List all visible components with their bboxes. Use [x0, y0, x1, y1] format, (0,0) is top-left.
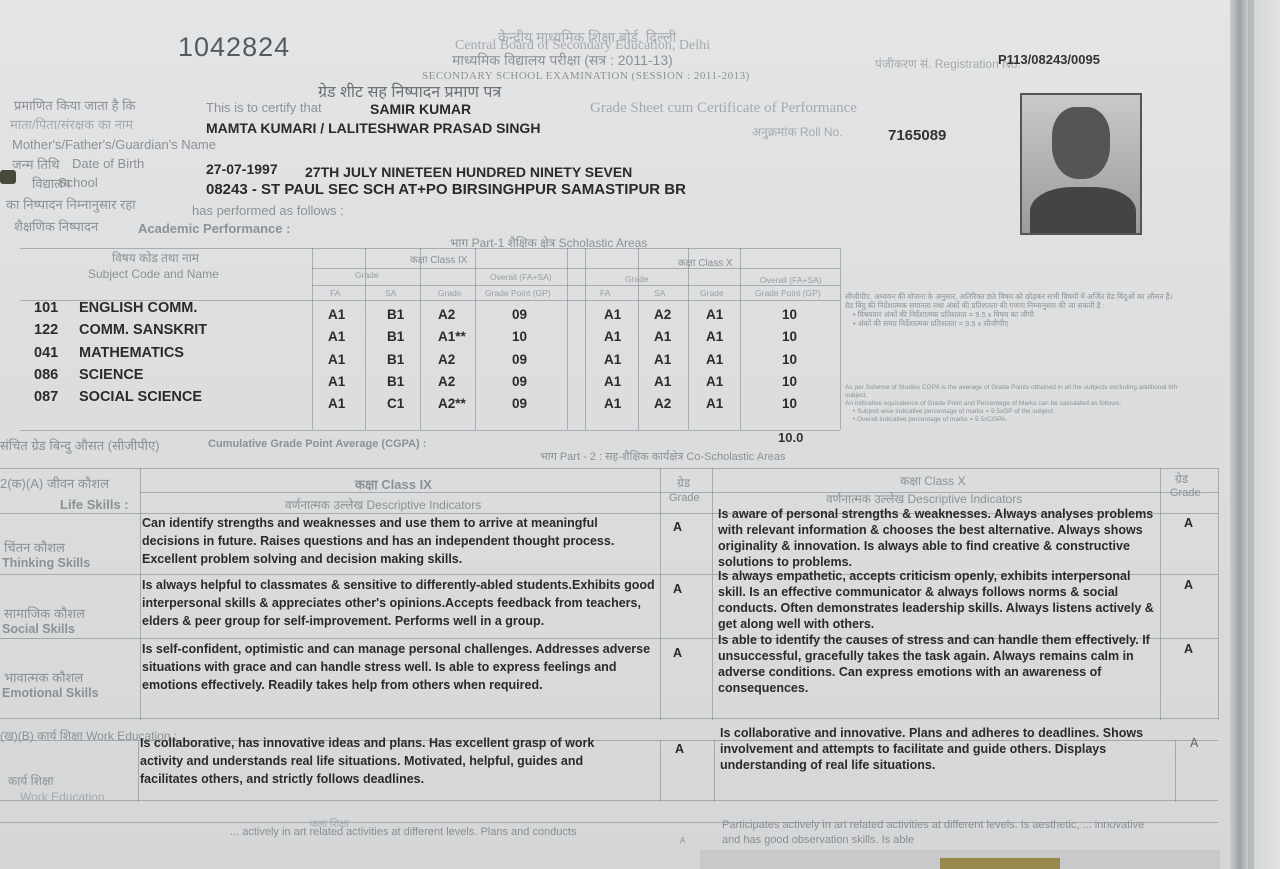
grade-cell-x-fa: A1: [604, 307, 621, 322]
grade-cell-ix-sa: B1: [387, 307, 404, 322]
grid-line: [312, 285, 840, 286]
note-4-text: Overall indicative percentage of marks =…: [857, 416, 1007, 423]
subject-header: Subject Code and Name: [88, 267, 219, 281]
academic-label: Academic Performance :: [138, 221, 290, 236]
life-skills-bottom: [0, 718, 1218, 719]
subject-name: MATHEMATICS: [79, 345, 184, 361]
note-3-text: Subject wise indicative percentage of ma…: [857, 408, 1055, 415]
note-1: As per Scheme of Studies CGPA is the ave…: [845, 384, 1200, 400]
roll-number: 7165089: [888, 127, 946, 144]
grade-cell-x-grade: A1: [706, 374, 723, 389]
x-grade-header: Grade: [625, 274, 649, 284]
art-education-ix-descriptor: ... actively in art related activities a…: [230, 826, 576, 838]
grid-line: [688, 248, 689, 430]
grid-line: [420, 248, 421, 430]
grid-line: [1218, 468, 1219, 720]
certify-label: This is to certify that: [206, 100, 322, 115]
subject-name: ENGLISH COMM.: [79, 300, 197, 316]
subject-header-hindi: विषय कोड तथा नाम: [112, 249, 199, 266]
grade-cell-ix-sa: B1: [387, 329, 404, 344]
class-ix-header: कक्षा Class IX: [410, 252, 467, 266]
dob-value: 27-07-1997: [206, 161, 278, 177]
class-x-skill-grade: A: [1184, 578, 1193, 592]
work-education-label: Work Education: [20, 790, 105, 804]
grade-cell-ix-fa: A1: [328, 329, 345, 344]
ix-grade-header: Grade: [355, 270, 379, 280]
note-4: • Overall indicative percentage of marks…: [845, 416, 1200, 424]
grade-cell-ix-grade: A1**: [438, 329, 466, 344]
grade-cell-x-sa: A2: [654, 396, 671, 411]
subject-code: 086: [34, 367, 58, 383]
class-ix-descriptor: Is always helpful to classmates & sensit…: [142, 576, 657, 630]
art-education-x-descriptor: Participates actively in art related act…: [722, 818, 1162, 848]
binder-clip: [0, 170, 16, 184]
exam-name-hindi: माध्यमिक विद्यालय परीक्षा (सत्र : 2011-1…: [452, 51, 673, 70]
class-ix-skill-grade: A: [673, 646, 682, 660]
sub-column-header: Grade: [438, 288, 462, 298]
cgpa-value: 10.0: [778, 430, 803, 445]
grade-cell-ix-grade: A2: [438, 352, 455, 367]
skill-label: Thinking Skills: [2, 556, 90, 570]
grade-cell-x-grade: A1: [706, 396, 723, 411]
grade-cell-ix-sa: B1: [387, 374, 404, 389]
subject-name: SCIENCE: [79, 367, 143, 383]
dob-label: Date of Birth: [72, 156, 144, 171]
subject-code: 101: [34, 300, 58, 316]
grid-line: [660, 740, 661, 802]
sub-column-header: SA: [654, 288, 665, 298]
subject-name: SOCIAL SCIENCE: [79, 389, 202, 405]
note-hindi-2: ग्रेड बिंदु की निर्देशात्मक समानता तथा अ…: [845, 301, 1200, 310]
cgpa-notes: As per Scheme of Studies CGPA is the ave…: [845, 384, 1200, 424]
parents-name: MAMTA KUMARI / LALITESHWAR PRASAD SINGH: [206, 120, 540, 136]
grid-line: [138, 740, 139, 802]
grade-cell-ix-grade: A2**: [438, 396, 466, 411]
serial-number: 1042824: [178, 32, 290, 63]
photo-head-shape: [1052, 107, 1110, 179]
grid-line: [475, 248, 476, 430]
academic-label-hindi: शैक्षणिक निष्पादन: [14, 217, 98, 235]
co-ix-descriptive-header: वर्णनात्मक उल्लेख Descriptive Indicators: [285, 496, 481, 513]
ix-overall-header: Overall (FA+SA): [490, 272, 552, 282]
grade-cell-ix-sa: B1: [387, 352, 404, 367]
grade-cell-ix-gp: 10: [512, 329, 527, 344]
grid-line: [140, 468, 141, 720]
grid-line: [312, 248, 313, 430]
co-x-descriptive-header: वर्णनात्मक उल्लेख Descriptive Indicators: [826, 490, 1022, 507]
note-hindi-3-text: विषयवार अंकों की निर्देशात्मक प्रतिशतता …: [858, 310, 1034, 319]
performed-label-hindi: का निष्पादन निम्नानुसार रहा: [6, 195, 136, 213]
x-overall-header: Overall (FA+SA): [760, 275, 822, 285]
grid-line: [1175, 740, 1176, 802]
parents-label-hindi: माता/पिता/संरक्षक का नाम: [10, 115, 133, 133]
sub-column-header: Grade Point (GP): [755, 288, 821, 298]
student-photo: [1020, 93, 1142, 235]
parents-label: Mother's/Father's/Guardian's Name: [12, 137, 216, 152]
sub-column-header: SA: [385, 288, 396, 298]
grade-cell-ix-fa: A1: [328, 352, 345, 367]
co-ix-grade-header-hindi: ग्रेड: [677, 474, 690, 491]
page-edge: [1230, 0, 1280, 869]
subject-code: 041: [34, 345, 58, 361]
cgpa-label-hindi: संचित ग्रेड बिन्दु औसत (सीजीपीए): [0, 436, 160, 454]
sub-column-header: FA: [600, 288, 610, 298]
grid-line: [1160, 468, 1161, 720]
grid-line: [714, 740, 715, 802]
skill-label: Social Skills: [2, 622, 75, 636]
sub-column-header: Grade Point (GP): [485, 288, 551, 298]
grade-cell-ix-grade: A2: [438, 307, 455, 322]
grade-cell-x-gp: 10: [782, 329, 797, 344]
class-ix-descriptor: Is self-confident, optimistic and can ma…: [142, 640, 657, 694]
grade-cell-ix-gp: 09: [512, 374, 527, 389]
grade-cell-ix-fa: A1: [328, 396, 345, 411]
grade-cell-ix-gp: 09: [512, 307, 527, 322]
grade-cell-x-sa: A1: [654, 374, 671, 389]
class-x-descriptor: Is able to identify the causes of stress…: [718, 632, 1158, 696]
sub-column-header: Grade: [700, 288, 724, 298]
work-education-ix-grade: A: [675, 742, 684, 756]
work-education-x-grade: A: [1190, 736, 1198, 750]
grade-cell-x-sa: A1: [654, 329, 671, 344]
document-title: Grade Sheet cum Certificate of Performan…: [590, 100, 857, 117]
class-x-header: कक्षा Class X: [678, 255, 733, 269]
grade-cell-x-fa: A1: [604, 396, 621, 411]
grade-cell-x-gp: 10: [782, 396, 797, 411]
cgpa-notes-hindi: सीजीपीए, अध्ययन की योजना के अनुसार, अतिर…: [845, 292, 1200, 328]
school-label: School: [58, 175, 98, 190]
co-x-grade-header: Grade: [1170, 487, 1201, 499]
grade-cell-ix-gp: 09: [512, 396, 527, 411]
grade-cell-x-gp: 10: [782, 307, 797, 322]
grade-cell-x-fa: A1: [604, 329, 621, 344]
grade-cell-x-sa: A1: [654, 352, 671, 367]
subject-code: 122: [34, 322, 58, 338]
grade-cell-ix-grade: A2: [438, 374, 455, 389]
dob-words: 27TH JULY NINETEEN HUNDRED NINETY SEVEN: [305, 164, 632, 180]
co-x-grade-header-hindi: ग्रेड: [1175, 470, 1188, 487]
certify-label-hindi: प्रमाणित किया जाता है कि: [14, 96, 135, 114]
class-ix-skill-grade: A: [673, 582, 682, 596]
class-ix-descriptor: Can identify strengths and weaknesses an…: [142, 514, 657, 568]
skill-label-hindi: चिंतन कौशल: [4, 538, 65, 556]
grade-cell-x-fa: A1: [604, 352, 621, 367]
co-class-ix-header: कक्षा Class IX: [355, 475, 432, 493]
sub-column-header: FA: [330, 288, 340, 298]
dob-label-hindi: जन्म तिथि: [12, 155, 60, 173]
co-class-x-header: कक्षा Class X: [900, 472, 966, 489]
note-hindi-4-text: अंकों की समग्र निर्देशात्मक प्रतिशतता = …: [858, 319, 1009, 328]
skill-label-hindi: भावात्मक कौशल: [4, 668, 83, 686]
grade-cell-x-fa: A1: [604, 374, 621, 389]
grade-cell-x-grade: A1: [706, 352, 723, 367]
cgpa-label: Cumulative Grade Point Average (CGPA) :: [208, 438, 426, 450]
subject-name: COMM. SANSKRIT: [79, 322, 207, 338]
co-table-top: [0, 468, 1218, 469]
work-education-label-hindi: कार्य शिक्षा: [8, 772, 54, 789]
grade-cell-x-gp: 10: [782, 352, 797, 367]
roll-label: अनुक्रमांक Roll No.: [752, 123, 843, 140]
school-value: 08243 - ST PAUL SEC SCH AT+PO BIRSINGHPU…: [206, 181, 686, 198]
grade-cell-ix-fa: A1: [328, 374, 345, 389]
grid-line: [567, 248, 568, 430]
desk-edge: [940, 858, 1060, 869]
grade-cell-x-gp: 10: [782, 374, 797, 389]
note-hindi-1: सीजीपीए, अध्ययन की योजना के अनुसार, अतिर…: [845, 292, 1200, 301]
grade-cell-x-grade: A1: [706, 329, 723, 344]
class-x-skill-grade: A: [1184, 642, 1193, 656]
class-x-descriptor: Is always empathetic, accepts criticism …: [718, 568, 1158, 632]
student-name: SAMIR KUMAR: [370, 101, 471, 117]
class-ix-skill-grade: A: [673, 520, 682, 534]
grid-line: [0, 800, 1218, 801]
class-x-skill-grade: A: [1184, 516, 1193, 530]
grade-cell-ix-fa: A1: [328, 307, 345, 322]
grade-cell-x-grade: A1: [706, 307, 723, 322]
title-hindi: ग्रेड शीट सह निष्पादन प्रमाण पत्र: [318, 80, 501, 102]
note-hindi-3: • विषयवार अंकों की निर्देशात्मक प्रतिशतत…: [845, 310, 1200, 319]
life-skills-label: Life Skills :: [60, 497, 129, 512]
grid-line: [712, 468, 713, 720]
grade-cell-ix-gp: 09: [512, 352, 527, 367]
photo-body-shape: [1030, 187, 1136, 235]
performed-label: has performed as follows :: [192, 203, 344, 218]
art-education-ix-grade: A: [680, 836, 685, 845]
class-x-descriptor: Is aware of personal strengths & weaknes…: [718, 506, 1158, 570]
life-skills-label-hindi: 2(क)(A) जीवन कौशल: [0, 474, 109, 492]
work-education-ix-descriptor: Is collaborative, has innovative ideas a…: [140, 734, 640, 788]
page-fold: [1248, 0, 1254, 869]
note-3: • Subject wise indicative percentage of …: [845, 408, 1200, 416]
skill-label-hindi: सामाजिक कौशल: [4, 604, 85, 622]
note-2: An indicative equivalence of Grade Point…: [845, 400, 1200, 408]
part2-label: भाग Part - 2 : सह-शैक्षिक कार्यक्षेत्र C…: [540, 449, 785, 464]
co-ix-grade-header: Grade: [669, 492, 700, 504]
grid-line: [840, 248, 841, 430]
note-hindi-4: • अंकों की समग्र निर्देशात्मक प्रतिशतता …: [845, 319, 1200, 328]
grid-line: [312, 268, 840, 269]
grade-cell-ix-sa: C1: [387, 396, 404, 411]
grid-line: [740, 248, 741, 430]
skill-label: Emotional Skills: [2, 686, 99, 700]
work-education-x-descriptor: Is collaborative and innovative. Plans a…: [720, 725, 1150, 773]
grid-line: [585, 248, 586, 430]
registration-number: P113/08243/0095: [998, 52, 1100, 67]
grade-cell-x-sa: A2: [654, 307, 671, 322]
grid-line: [660, 468, 661, 720]
table-bottom-border: [20, 430, 840, 431]
subject-code: 087: [34, 389, 58, 405]
